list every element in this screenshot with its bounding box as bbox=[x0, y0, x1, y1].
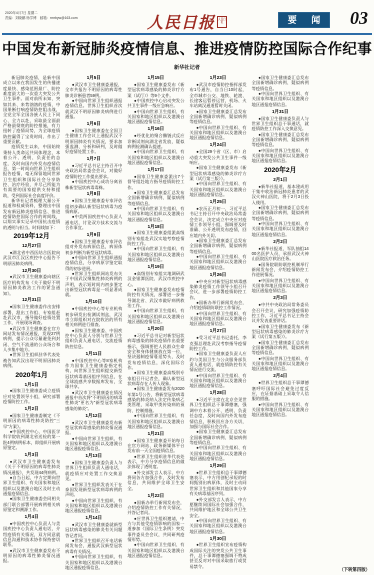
date-header: 1月11日 bbox=[65, 351, 122, 356]
timeline-entry: ●习近平总书记对新型冠状病毒感染的肺炎疫情作出重要指示，强调要把人民群众生命安全… bbox=[127, 333, 184, 370]
timeline-entry: ●世界卫生组织总干事谭德塞呼吁国际社会避免过度反应，在证据基础上采取令人信服的措… bbox=[252, 380, 309, 401]
timeline-entry: ●中共中央政治局常务委员会召开会议，研究加强疫情防控工作，习近平总书记主持会议并… bbox=[252, 302, 309, 323]
timeline-entry: ●新华社报道，基本建成用于集中收治新冠肺炎患者的武汉火神山医院，将于2月3日投入… bbox=[252, 184, 309, 205]
timeline-entry: ●中国向世界卫生组织、有关国家和地区组织以及港澳台地区通报疫情信息。 bbox=[189, 311, 246, 327]
timeline-entry: ●国家卫生健康委发布《新型冠状病毒感染的肺炎诊疗方案（试行第三版）》。 bbox=[189, 165, 246, 181]
date-header: 1月29日 bbox=[189, 463, 246, 468]
date-header: 1月31日 bbox=[252, 109, 309, 114]
date-header: 1月9日 bbox=[65, 232, 122, 237]
timeline-entry: ●湖北省中西医结合医院向武汉市江汉区疾控中心报告不明原因肺炎病例。 bbox=[3, 250, 60, 266]
article-body: 新冠肺炎疫情，是新中国成立以来在我国发生的传播速度最快、感染范围最广、防控难度最… bbox=[3, 75, 371, 572]
timeline-entry: ●武汉市卫生健康委在情况通报中首次将“不明原因的病毒性肺炎”更名为“新型冠状病毒… bbox=[65, 390, 122, 411]
date-header: 1月1日 bbox=[3, 382, 60, 387]
timeline-entry: ●国家卫生健康委高级别专家组召开记者会，确认新型冠状病毒存在人传人现象。 bbox=[127, 370, 184, 386]
timeline-entry: ●中国向世界卫生组织通报疫情信息，分享病原学鉴定取得的初步进展。 bbox=[65, 255, 122, 271]
timeline-entry: ●国家卫生健康委负责人与世界卫生组织负责人通电话，就疫情应对处置工作交换意见。 bbox=[65, 460, 122, 481]
timeline-entry: ●中国疾控中心成功分离首株新型冠状病毒毒株。 bbox=[65, 179, 122, 190]
date-header: 12月27日 bbox=[3, 243, 60, 248]
timeline-entry: ●世界卫生组织驻华代表处表示，中方分享疫情信息的做法体现了透明度。 bbox=[127, 454, 184, 470]
date-header: 1月6日 bbox=[65, 121, 122, 126]
timeline-entry: ●中国向世界卫生组织、有关国家和地区组织以及港澳台地区通报疫情信息。 bbox=[127, 206, 184, 222]
timeline-entry: ●国家卫生健康委、中国疾控中心负责人分别与世界卫生组织负责人通电话，交流疫情防控… bbox=[65, 328, 122, 349]
timeline-entry: ●中国向世界卫生组织、有关国家和地区组织以及港澳台地区通报疫情信息。 bbox=[189, 254, 246, 270]
masthead: 人民日报 人民日报 bbox=[147, 10, 227, 33]
date-header: 1月21日 bbox=[127, 431, 184, 436]
timeline-entry: ●中国向世界卫生组织、有关国家和地区组织以及港澳台地区通报疫情信息。 bbox=[252, 221, 309, 237]
timeline-entry: ●世界卫生组织网站发布关于中国武汉聚集性肺炎病例的声明，表示短时间内初步鉴定出新… bbox=[65, 271, 122, 298]
date-header: 1月22日 bbox=[127, 493, 184, 498]
timeline-entry: ●中国疾控中心负责人与美国疾控中心负责人通电话，介绍疫情有关情况，双方同意就信息… bbox=[3, 521, 60, 548]
timeline-entry: ●中央应对新型冠状病毒感染肺炎疫情工作领导小组召开会议，进一步部署疫情防控工作。 bbox=[189, 279, 246, 300]
intro-paragraph: 新华社记者梳理大量公开报道和权威资料，整理出中国发布新冠肺炎疫情信息、推进疫情防… bbox=[3, 198, 60, 230]
month-header: 2019年12月 bbox=[3, 233, 60, 241]
date-header: 2月2日 bbox=[252, 239, 309, 244]
intro-paragraph: 新冠肺炎疫情，是新中国成立以来在我国发生的传播速度最快、感染范围最广、防控难度最… bbox=[3, 75, 60, 144]
timeline-entry: ●武汉市卫生健康委通报，全市共报告不明原因的病毒性肺炎诊断患者59例。 bbox=[65, 82, 122, 98]
timeline-entry: ●中国向世界卫生组织、有关国家和地区组织以及港澳台地区通报疫情信息。 bbox=[252, 278, 309, 294]
timeline-entry: ●国家卫生健康委专家评估组初步确认新型冠状病毒为疫情病原。 bbox=[65, 198, 122, 214]
article-byline: 新华社记者 bbox=[0, 64, 374, 71]
timeline-entry: ●世界卫生组织驻华代表处被告知武汉出现不明原因肺炎病例。 bbox=[3, 352, 60, 368]
timeline-entry: ●中国向世界卫生组织、有关国家和地区组织以及港澳台地区通报疫情信息。 bbox=[127, 149, 184, 165]
timeline-entry: ●中国向世界卫生组织、有关国家和地区组织以及港澳台地区通报疫情信息。 bbox=[189, 373, 246, 389]
date-header: 1月12日 bbox=[65, 413, 122, 418]
month-header: 2020年1月 bbox=[3, 372, 60, 380]
timeline-entry: ●武汉市卫生健康委发布不明原因的病毒性肺炎情况通报。 bbox=[3, 548, 60, 564]
date-header: 1月16日 bbox=[127, 126, 184, 131]
timeline-entry: ●武汉市卫生健康委在官方网站发布情况通报，发现27例病例，提示公众尽量避免到封闭… bbox=[3, 326, 60, 353]
timeline-entry: ●国家卫生健康委发布2020年第1号公告，将新型冠状病毒感染的肺炎纳入法定传染病… bbox=[127, 386, 184, 413]
timeline-entry: ●中国疾控中心启动突发公共卫生事件一级应急响应。 bbox=[127, 98, 184, 109]
masthead-seal-icon: 人民日报 bbox=[217, 16, 227, 28]
timeline-entry: ●国家卫生健康委汇总发布全国新增确诊病例、疑似病例等疫情信息。 bbox=[252, 132, 309, 148]
date-header: 1月27日 bbox=[189, 328, 246, 333]
timeline-entry: ●新华社报道，军队抽组1400名医护人员，承担武汉火神山医院医疗救治任务。 bbox=[252, 246, 309, 262]
timeline-entry: ●国新办举行新闻发布会，介绍疫情联防联控工作情况。 bbox=[189, 300, 246, 311]
month-header: 2020年2月 bbox=[252, 167, 309, 175]
issue-info: 2020年4月7日 星期二 责编：刘晓鹏 杨学博 邮箱：rmrbyw@163.c… bbox=[5, 11, 78, 21]
timeline-entry: ●自当日起，中方定期向世界卫生组织、有关国家和地区组织以及港澳台地区及时主动通报… bbox=[3, 475, 60, 496]
timeline-entry: ●国务院联防联控机制举行新闻发布会，介绍疫情防控工作进展情况。 bbox=[252, 262, 309, 278]
date-header: 1月5日 bbox=[65, 75, 122, 80]
timeline-entry: ●中国向世界卫生组织、有关国家和地区组织以及港澳台地区通报疫情信息。 bbox=[127, 542, 184, 558]
date-header: 12月31日 bbox=[3, 297, 60, 302]
timeline-entry: ●中国向世界卫生组织、有关国家和地区组织以及港澳台地区通报疫情信息。 bbox=[127, 413, 184, 429]
timeline-entry: ●中国向世界卫生组织、有关国家和地区组织以及港澳台地区通报疫情信息。 bbox=[189, 518, 246, 534]
date-header: 1月24日 bbox=[189, 142, 246, 147]
timeline-entry: ●世界卫生组织发表关于在泰国发现新型冠状病毒病例的声明。 bbox=[65, 482, 122, 498]
timeline-entry: ●中国向世界卫生组织、有关国家和地区组织以及港澳台地区通报疫情信息。 bbox=[65, 554, 122, 570]
timeline-entry: ●国家卫生健康委汇总发布全国新增确诊病例、疑似病例等疫情信息。 bbox=[189, 109, 246, 125]
timeline-entry: ●武汉市卫生健康委向辖区医疗机构发布《关于做好不明原因肺炎救治工作的紧急通知》。 bbox=[3, 274, 60, 295]
date-header: 2月1日 bbox=[252, 177, 309, 182]
article-headline: 中国发布新冠肺炎疫情信息、推进疫情防控国际合作纪事 bbox=[2, 40, 372, 60]
timeline-entry: ●高级别专家组实地调研武汉金银潭医院、武汉市疾控中心。 bbox=[127, 271, 184, 287]
timeline-entry: ●中国向世界卫生组织、有关国家和地区组织以及港澳台地区通报疫情信息。 bbox=[65, 436, 122, 452]
date-header: 2月4日 bbox=[252, 373, 309, 378]
section-badge: 要 闻 bbox=[278, 12, 330, 28]
timeline-entry: ●国家卫生健康委汇总发布全国新增确诊病例、疑似病例等疫情信息。 bbox=[252, 205, 309, 221]
timeline-entry: ●国家卫生健康委汇总发布全国新增确诊病例、疑似病例等疫情信息。 bbox=[189, 429, 246, 445]
timeline-entry: ●国家卫生健康委制定《不明原因的病毒性肺炎防控“三早”方案》。 bbox=[3, 413, 60, 429]
timeline-entry: ●世界卫生组织宣布疫情构成国际关注的突发公共卫生事件，总干事谭德塞强调不赞成甚至… bbox=[189, 542, 246, 569]
timeline-entry: ●中国向世界卫生组织通报疫情信息。世界卫生组织首次就武汉不明原因肺炎病例进行通报… bbox=[65, 98, 122, 119]
timeline-entry: ●国家卫生健康委开始每日在官方网站、政务新媒体平台发布前一天全国疫情信息。 bbox=[127, 438, 184, 454]
timeline-entry: ●国家卫生健康委在全国卫生健康工作会议上通报武汉不明原因肺炎有关情况，要求加强监… bbox=[65, 128, 122, 155]
date-header: 1月4日 bbox=[3, 514, 60, 519]
timeline-entry: ●受习近平总书记委托，李克强总理赴武汉考察指导疫情防控工作。 bbox=[189, 335, 246, 351]
timeline-entry: ●国家卫生健康委派出7个督导组赴地方指导疫情防控工作。 bbox=[127, 174, 184, 190]
timeline-entry: ●中美两国疾控中心负责人通电话，讨论双方技术交流与合作事宜。 bbox=[65, 214, 122, 230]
masthead-logo: 人民日报 bbox=[147, 10, 215, 33]
date-header: 1月13日 bbox=[65, 453, 122, 458]
date-header: 1月20日 bbox=[127, 326, 184, 331]
timeline-entry: ●国家卫生健康委汇总发布全国新增确诊病例、疑似病例等疫情信息。 bbox=[252, 75, 309, 91]
date-header: 1月26日 bbox=[189, 272, 246, 277]
date-header: 1月10日 bbox=[65, 299, 122, 304]
editor-line: 责编：刘晓鹏 杨学博 邮箱：rmrbyw@163.com bbox=[5, 16, 78, 21]
timeline-entry: ●国家卫生健康委作出安排部署，派出工作组、专家组赶赴武汉市，指导做好疫情处置工作… bbox=[3, 304, 60, 325]
timeline-entry: ●国家卫生健康委负责人应约与美国卫生与公众服务部负责人通电话，就疫情防控有关情况… bbox=[189, 351, 246, 372]
timeline-entry: ●中国向世界卫生组织、有关国家和地区组织以及港澳台地区通报疫情信息。 bbox=[252, 402, 309, 418]
timeline-entry: ●全国29个省（区、市）启动重大突发公共卫生事件一级响应。 bbox=[189, 149, 246, 165]
date-header: 1月18日 bbox=[127, 224, 184, 229]
timeline-entry: ●国家卫生健康委汇总发布全国新增确诊病例、疑似病例等疫情信息。 bbox=[127, 190, 184, 206]
timeline-entry: ●国新办举行新闻发布会，介绍疫情防控工作有关情况，并答记者问。 bbox=[127, 500, 184, 516]
date-header: 1月8日 bbox=[65, 191, 122, 196]
timeline-entry: ●国家卫生健康委汇总发布全国新增确诊病例、疑似病例等疫情信息。 bbox=[252, 340, 309, 356]
timeline-entry: ●国家卫生健康委发布《新型冠状病毒感染的肺炎诊疗方案（试行）》等9个文件。 bbox=[127, 82, 184, 98]
date-header: 1月28日 bbox=[189, 390, 246, 395]
timeline-entry: ●国家卫生健康委负责人与世界卫生组织总干事通话，就疫情防控工作深入交换意见。 bbox=[252, 116, 309, 132]
date-header: 1月17日 bbox=[127, 167, 184, 172]
date-header: 1月7日 bbox=[65, 156, 122, 161]
date-header: 2月3日 bbox=[252, 295, 309, 300]
timeline-entry: ●武汉市卫生健康委就新型冠状病毒感染的肺炎有关问题答记者问。 bbox=[65, 522, 122, 538]
timeline-entry: ●中国向世界卫生组织、有关国家和地区组织以及港澳台地区通报疫情信息。 bbox=[189, 181, 246, 197]
date-header: 1月30日 bbox=[189, 536, 246, 541]
date-header: 1月14日 bbox=[65, 515, 122, 520]
date-header: 1月15日 bbox=[127, 75, 184, 80]
date-header: 1月23日 bbox=[189, 75, 246, 80]
intro-paragraph: 疫情发生以来，中国始终秉持人类命运共同体理念，本着公开、透明、负责任的态度，及时… bbox=[3, 144, 60, 197]
timeline-entry: ●中国向世界卫生组织、有关国家和地区组织以及港澳台地区通报疫情信息。 bbox=[127, 308, 184, 324]
date-header: 12月30日 bbox=[3, 268, 60, 273]
timeline-entry: ●国家卫生健康委成立疫情应对处置领导小组，研究部署疫情防控工作。 bbox=[3, 388, 60, 404]
timeline-entry: ●中国向世界卫生组织、有关国家和地区组织以及港澳台地区通报疫情信息。 bbox=[252, 91, 309, 107]
timeline-entry: ●中国疾控中心、中国医学科学院收到湖北省送检的第一批4例病例标本，即组织开展病原… bbox=[3, 429, 60, 450]
timeline-entry: ●国家卫生健康委发布疫情防控有关情况，部署进一步指导湖北省、武汉市做好病例救治工… bbox=[127, 287, 184, 308]
timeline-entry: ●中国向世界卫生组织、有关国家和地区组织以及港澳台地区通报疫情信息。 bbox=[252, 356, 309, 372]
timeline-entry: ●武汉市卫生健康委发布新型冠状病毒感染的肺炎情况通报。 bbox=[65, 420, 122, 436]
timeline-entry: ●习近平主席在北京会见世界卫生组织总干事谭德塞，强调中方本着公开、透明、负责任态… bbox=[189, 397, 246, 429]
timeline-entry: ●中国向世界卫生组织、有关国家和地区组织以及港澳台地区通报疫情信息。 bbox=[127, 246, 184, 262]
timeline-entry: ●中国向世界卫生组织、有关国家和地区组织以及港澳台地区通报疫情信息。 bbox=[189, 445, 246, 461]
timeline-entry: ●国家卫生健康委组派高级别专家组赴武汉实地考察疫情防控工作。 bbox=[127, 230, 184, 246]
newspaper-page: 2020年4月7日 星期二 责编：刘晓鹏 杨学博 邮箱：rmrbyw@163.c… bbox=[0, 0, 374, 575]
timeline-entry: ●中国向世界卫生组织、有关国家和地区组织以及港澳台地区通报疫情信息。 bbox=[127, 109, 184, 125]
timeline-entry: ●世界卫生组织召开电话新闻发布会，通报武汉新型冠状病毒有关情况。 bbox=[65, 538, 122, 554]
timeline-entry: ●武汉市疫情防控指挥部发布1号通告，自当日10时起，全市城市公交、地铁、轮渡、长… bbox=[189, 82, 246, 109]
timeline-entry: ●农历正月初一，习近平总书记主持召开中央政治局常委会会议，决定成立中央应对疫情工… bbox=[189, 206, 246, 238]
page-number: 03 bbox=[350, 8, 368, 29]
timeline-entry: ●中国向世界卫生组织、有关国家和地区组织以及港澳台地区通报疫情信息。 bbox=[252, 148, 309, 164]
timeline-entry: ●武汉市卫生健康委发布《关于不明原因的病毒性肺炎情况通报》，共发现44例病例。 bbox=[3, 459, 60, 475]
timeline-entry: ●习近平总书记主持召开中央政治局常委会会议，对做好疫情防控工作提出要求。 bbox=[65, 163, 122, 179]
timeline-entry: ●外交部发言人表示，中方将同各方加强合作，及时发布信息，共同维护全球卫生安全。 bbox=[127, 470, 184, 491]
timeline-entry: ●国家卫生健康委发布《新型冠状病毒感染的肺炎诊疗方案（试行第五版）》。 bbox=[252, 324, 309, 340]
timeline-entry: ●国家卫生健康委汇总发布全国新增确诊病例、疑似病例等疫情信息。 bbox=[189, 238, 246, 254]
date-header: 1月3日 bbox=[3, 452, 60, 457]
date-header: 1月25日 bbox=[189, 199, 246, 204]
timeline-entry: ●外交部发言人表示，中方愿继续同国际社会加强合作，共同维护地区和全球公共卫生安全… bbox=[189, 497, 246, 518]
timeline-entry: ●中国向世界卫生组织、有关国家和地区组织以及港澳台地区通报疫情信息。 bbox=[189, 125, 246, 141]
date-header: 1月2日 bbox=[3, 406, 60, 411]
timeline-entry: ●经优化的聚合酶链式反应诊断试剂向湖北省发放，疑似病例检测确认提速。 bbox=[127, 133, 184, 149]
timeline-entry: ●中国向世界卫生组织、有关国家和地区组织以及港澳台地区通报疫情信息。 bbox=[65, 498, 122, 514]
timeline-entry: ●国家卫生健康委会同相关部门联合部署开展病例相关病原鉴定和溯源工作。 bbox=[3, 496, 60, 512]
timeline-entry: ●中国疾控中心等专业机构初步研发出检测试剂盒，武汉市立即组织对在院收治的所有相关… bbox=[65, 306, 122, 327]
header-rule bbox=[2, 33, 372, 35]
timeline-entry: ●世界卫生组织总干事谭德塞表示，中方用创纪录短的时间甄别出病原体，及时主动同世界… bbox=[189, 470, 246, 497]
date-header: 1月19日 bbox=[127, 264, 184, 269]
timeline-entry: ●应世界卫生组织邀请，中方与其他受疫情影响的国家一道参加《国际卫生条例》突发事件… bbox=[127, 516, 184, 543]
timeline-entry: ●国家卫生健康委专家评估组对外发布病原信息，病原体初步判断为新型冠状病毒。 bbox=[65, 239, 122, 255]
timeline-entry: ●中国疾控中心等8家机构作为国家卫生健康委指定机构，向世界卫生组织提交新型冠状病… bbox=[65, 358, 122, 390]
continued-note: （下转第四版） bbox=[334, 566, 371, 573]
